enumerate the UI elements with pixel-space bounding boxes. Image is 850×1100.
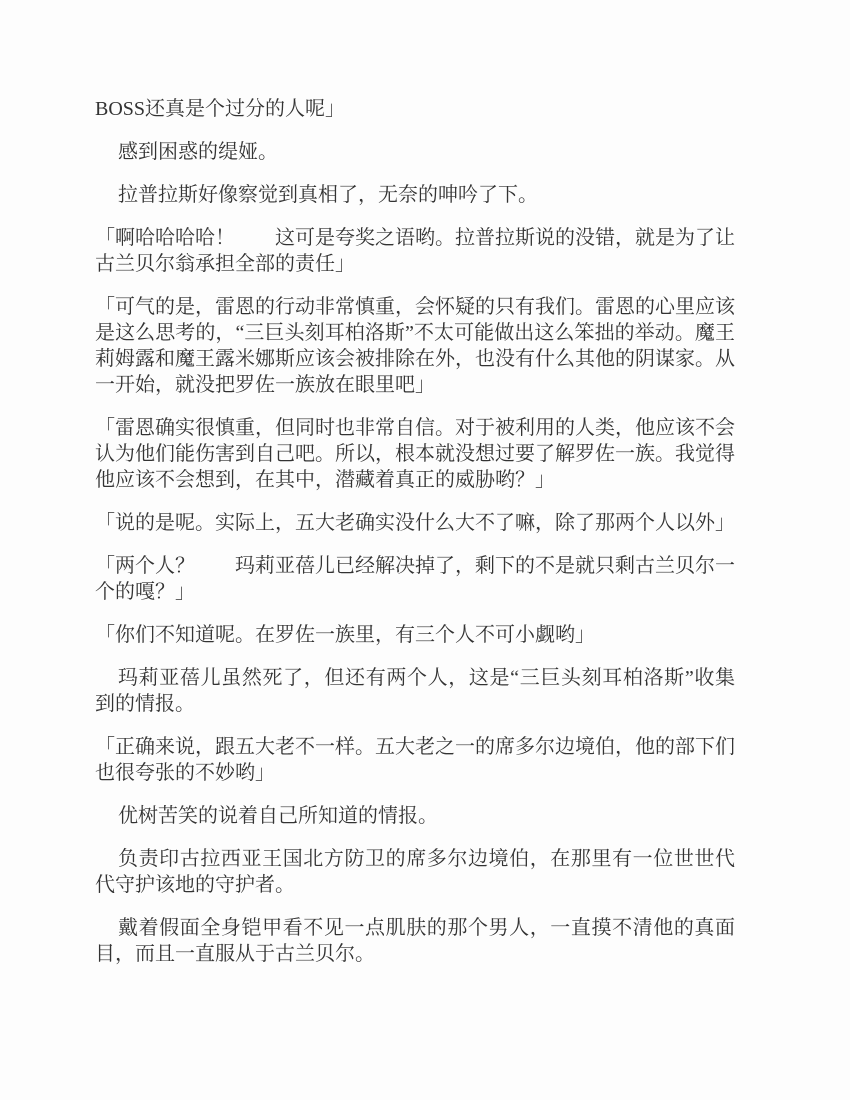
paragraph: 「雷恩确实很慎重，但同时也非常自信。对于被利用的人类，他应该不会认为他们能伤害到… — [95, 415, 735, 493]
paragraph: 「可气的是，雷恩的行动非常慎重，会怀疑的只有我们。雷恩的心里应该是这么思考的，“… — [95, 294, 735, 398]
paragraph: 拉普拉斯好像察觉到真相了，无奈的呻吟了下。 — [95, 182, 735, 208]
paragraph: BOSS还真是个过分的人呢」 — [95, 96, 735, 122]
paragraph: 玛莉亚蓓儿虽然死了，但还有两个人，这是“三巨头刻耳柏洛斯”收集到的情报。 — [95, 665, 735, 717]
paragraph: 优树苦笑的说着自己所知道的情报。 — [95, 803, 735, 829]
novel-page: BOSS还真是个过分的人呢」感到困惑的缇娅。拉普拉斯好像察觉到真相了，无奈的呻吟… — [0, 0, 850, 1100]
paragraph: 「啊哈哈哈哈！ 这可是夸奖之语哟。拉普拉斯说的没错，就是为了让古兰贝尔翁承担全部… — [95, 225, 735, 277]
paragraph: 感到困惑的缇娅。 — [95, 139, 735, 165]
paragraph: 负责印古拉西亚王国北方防卫的席多尔边境伯，在那里有一位世世代代守护该地的守护者。 — [95, 846, 735, 898]
paragraph: 戴着假面全身铠甲看不见一点肌肤的那个男人，一直摸不清他的真面目，而且一直服从于古… — [95, 915, 735, 967]
paragraph: 「你们不知道呢。在罗佐一族里，有三个人不可小觑哟」 — [95, 622, 735, 648]
novel-text-content: BOSS还真是个过分的人呢」感到困惑的缇娅。拉普拉斯好像察觉到真相了，无奈的呻吟… — [0, 0, 850, 967]
paragraph: 「两个人？ 玛莉亚蓓儿已经解决掉了，剩下的不是就只剩古兰贝尔一个的嘎？」 — [95, 553, 735, 605]
paragraph: 「正确来说，跟五大老不一样。五大老之一的席多尔边境伯，他的部下们也很夸张的不妙哟… — [95, 734, 735, 786]
paragraph: 「说的是呢。实际上，五大老确实没什么大不了嘛，除了那两个人以外」 — [95, 510, 735, 536]
